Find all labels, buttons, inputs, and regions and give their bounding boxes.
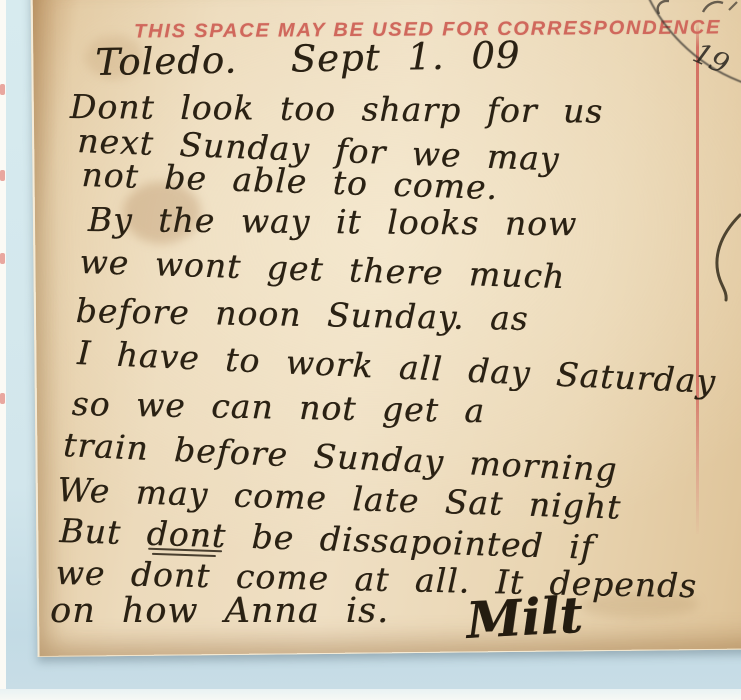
message-line-9: so we can not get a xyxy=(71,387,485,427)
message-line-1: Toledo. Sept 1. 09 xyxy=(95,37,521,81)
message-line-5: By the way it looks now xyxy=(88,203,578,240)
message-line-14: on how Anna is. xyxy=(50,594,389,629)
postmark-letter-fragments-icon xyxy=(645,0,741,22)
edge-speck-mark xyxy=(0,84,5,95)
edge-speck-mark xyxy=(0,170,5,181)
scan-bottom-margin xyxy=(0,689,741,700)
pen-flourish-mark xyxy=(700,210,741,305)
address-divider-rule xyxy=(696,22,699,534)
signature: Milt xyxy=(465,590,584,646)
scanned-postcard: THIS SPACE MAY BE USED FOR CORRESPONDENC… xyxy=(0,0,741,700)
message-line-2: Dont look too sharp for us xyxy=(70,90,604,128)
message-line-7: before noon Sunday. as xyxy=(75,294,529,335)
edge-speck-mark xyxy=(0,253,5,264)
edge-speck-mark xyxy=(0,393,5,404)
